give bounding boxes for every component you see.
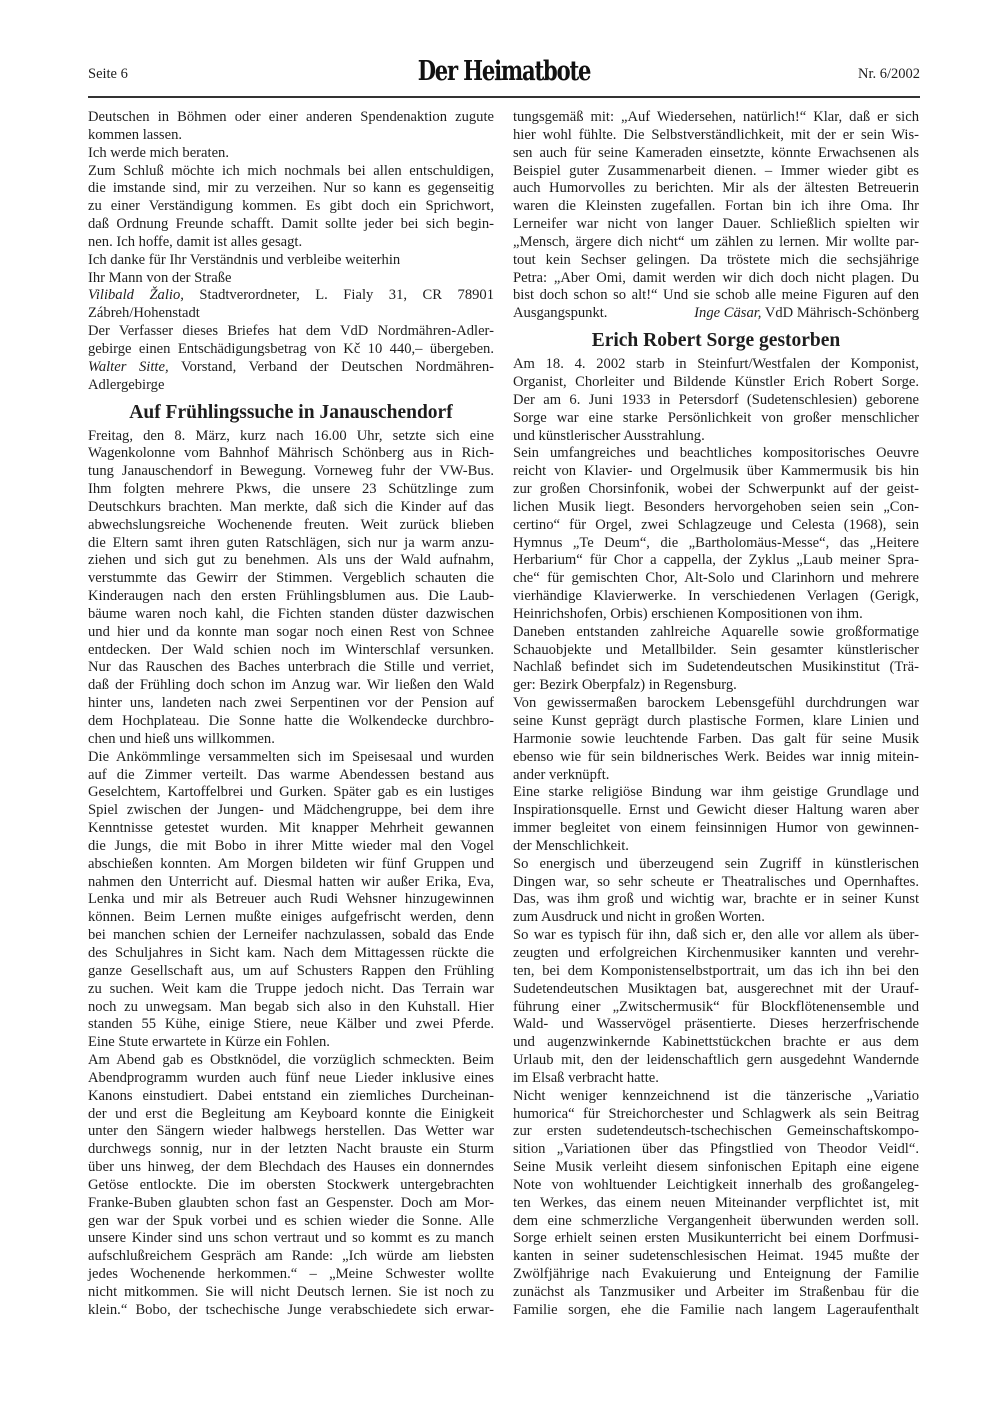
text-line: Heinrichshofen, Orbis) erschienen Kompos… xyxy=(513,606,919,624)
text-line: abschießen konnten. Am Morgen bildeten w… xyxy=(88,856,494,874)
text-line: zunächst als Tanzmusiker und Arbeiter im… xyxy=(513,1284,919,1302)
text-line: der Menschlichkeit. xyxy=(513,838,919,856)
text-line: des Schuljahres in Sicht kam. Nach dem M… xyxy=(88,945,494,963)
text-line: Getöse entlockte. Die im obersten Stockw… xyxy=(88,1177,494,1195)
text-line: nen. Ich hoffe, damit ist alles gesagt. xyxy=(88,234,494,252)
text-line: hier wohl fühlte. Die Selbstverständlich… xyxy=(513,127,919,145)
text-line: über uns hinweg, der dem Blechdach des H… xyxy=(88,1159,494,1177)
article-signature-line: Ausgangspunkt. Inge Cäsar, VdD Mährisch-… xyxy=(513,305,919,323)
text-line: die Jungs, die mit Bobo in ihrer Mitte w… xyxy=(88,838,494,856)
editor-note: Der Verfasser dieses Briefes hat dem VdD… xyxy=(88,323,494,394)
text-line: zeugten und erfolgreichen Kirchenmusiker… xyxy=(513,945,919,963)
text-line: certino“ für Orgel, zwei Schlagzeuge und… xyxy=(513,517,919,535)
obituary-body: Am 18. 4. 2002 starb in Steinfurt/Westfa… xyxy=(513,356,919,1320)
text-line: waren die Kleinsten zugefallen. Fortan b… xyxy=(513,198,919,216)
text-line: aufschlußreichem Gespräch am Rande: „Ich… xyxy=(88,1248,494,1266)
text-line: che“ für gemischten Chor, Alt-Solo und C… xyxy=(513,570,919,588)
left-column: Deutschen in Böhmen oder einer anderen S… xyxy=(88,109,494,1320)
page-number: Seite 6 xyxy=(88,66,128,83)
text-line: zur ersten sudetendeutsch-tschechischen … xyxy=(513,1123,919,1141)
text-line: Am Abend gab es Obstknödel, die vorzügli… xyxy=(88,1052,494,1070)
text-line: Zum Schluß möchte ich mich nochmals bei … xyxy=(88,163,494,181)
text-line: Von gewissermaßen barockem Lebensgefühl … xyxy=(513,695,919,713)
text-line: Ausgangspunkt. xyxy=(513,305,607,323)
article-continuation: tungsgemäß mit: „Auf Wiedersehen, natürl… xyxy=(513,109,919,323)
text-line: Lenka und mir als Betreuer auch Rudi Weh… xyxy=(88,891,494,909)
text-line: ten, bei dem Komponistenselbstportrait, … xyxy=(513,963,919,981)
text-line: bäume waren noch kahl, die Fichten stand… xyxy=(88,606,494,624)
text-line: Lerneifer war nicht von langer Dauer. Sc… xyxy=(513,216,919,234)
text-line: seine Kunst geprägt durch plastische For… xyxy=(513,713,919,731)
text-line: Adlergebirge xyxy=(88,377,494,395)
text-line: können. Beim Lernen mußte einiges aufgef… xyxy=(88,909,494,927)
text-line: im Elsaß verbracht hatte. xyxy=(513,1070,919,1088)
text-line: ten Werkes, das einem neuen Miteinander … xyxy=(513,1195,919,1213)
text-line: Sudetendeutschen Musiktagen bat, ausgere… xyxy=(513,981,919,999)
text-line: immer begleitet von einem feinsinnigen H… xyxy=(513,820,919,838)
article-headline: Auf Frühlingssuche in Janauschendorf xyxy=(88,395,494,428)
author-org: VdD Mährisch-Schönberg xyxy=(761,305,919,321)
text-line: Die Ankömmlinge versammelten sich im Spe… xyxy=(88,749,494,767)
text-line: So energisch und überzeugend sein Zugrif… xyxy=(513,856,919,874)
text-line: die imstande sind, mir zu verzeihen. Nur… xyxy=(88,180,494,198)
text-line: bist doch schon so alt!“ Und sie schob a… xyxy=(513,287,919,305)
text-line: vierhändige Klavierwerke. In verschieden… xyxy=(513,588,919,606)
masthead-logo: Der Heimatbote xyxy=(418,56,591,87)
text-line: gen war der Spuk vorbei und es schien wi… xyxy=(88,1213,494,1231)
text-line: Abendprogramm wurden auch fünf neue Lied… xyxy=(88,1070,494,1088)
text-line: ganze Gesellschaft aus, um auf Schusters… xyxy=(88,963,494,981)
right-column: tungsgemäß mit: „Auf Wiedersehen, natürl… xyxy=(513,109,919,1320)
text-line: daß Ordnung Freunde schafft. Damit sollt… xyxy=(88,216,494,234)
article-body: Freitag, den 8. März, kurz nach 16.00 Uh… xyxy=(88,428,494,1320)
text-line: unter den Sängern wieder halbwegs herste… xyxy=(88,1123,494,1141)
text-line: ziehen und sich gut zu benehmen. Als uns… xyxy=(88,552,494,570)
text-line: „Mensch, ärgere dich nicht“ um zählen zu… xyxy=(513,234,919,252)
text-line: Ihr Mann von der Straße xyxy=(88,270,494,288)
text-line: Schauobjekte und Metallbilder. Sein gesa… xyxy=(513,642,919,660)
text-line: klein.“ Bobo, der tschechische Junge ver… xyxy=(88,1302,494,1320)
text-line: nahmen den Unterricht auf. Diesmal hatte… xyxy=(88,874,494,892)
text-line: Deutschen in Böhmen oder einer anderen S… xyxy=(88,109,494,127)
text-line: Beispiel guter Zusammenarbeit dienen. – … xyxy=(513,163,919,181)
text-line: Das, was ihm groß und wichtig war, brach… xyxy=(513,891,919,909)
text-line: auch Humorvolles zu berichten. Mir als d… xyxy=(513,180,919,198)
page-header: Seite 6 Der Heimatbote Nr. 6/2002 xyxy=(88,58,920,94)
text-line: Zwölfjährige nach Evakuierung und Enteig… xyxy=(513,1266,919,1284)
text-line: Der Verfasser dieses Briefes hat dem VdD… xyxy=(88,323,494,341)
editor-details: Vorstand, Verband der Deutschen Nordmähr… xyxy=(169,359,494,375)
text-line: zu einer Verständigung kommen. Es gibt d… xyxy=(88,198,494,216)
text-line: Wagenkolonne vom Bahnhof Mährisch Schönb… xyxy=(88,445,494,463)
text-line: kanten in seiner sudetenschlesischen Hei… xyxy=(513,1248,919,1266)
author-location: Zábreh/Hohenstadt xyxy=(88,305,494,323)
text-line: zum Ausdruck und nicht in großen Worten. xyxy=(513,909,919,927)
text-line: Eine Stute erwartete in Kürze ein Fohlen… xyxy=(88,1034,494,1052)
text-line: Note von wohltuender Leichtigkeit innerh… xyxy=(513,1177,919,1195)
text-line: Hymnus „Te Deum“, die „Bartholomäus-Mess… xyxy=(513,535,919,553)
text-line: Urlaub mit, den der leidenschaftlich ger… xyxy=(513,1052,919,1070)
text-line: reicht von Klavier- und Orgelmusik über … xyxy=(513,463,919,481)
issue-number: Nr. 6/2002 xyxy=(858,66,920,83)
text-line: Ich werde mich beraten. xyxy=(88,145,494,163)
text-line: abwechslungsreiche Wochenende freuten. W… xyxy=(88,517,494,535)
text-line: verstummte das Gewirr der Stimmen. Verge… xyxy=(88,570,494,588)
text-line: Dingen war, so sehr scheute er Theatrali… xyxy=(513,874,919,892)
text-line: Spiel zwischen der Jungen- und Mädchengr… xyxy=(88,802,494,820)
text-line: Seine Musik verleiht diesem sinfonischen… xyxy=(513,1159,919,1177)
text-line: Eine starke religiöse Bindung war ihm ge… xyxy=(513,784,919,802)
text-line: auf die Zimmer verteilt. Das warme Abend… xyxy=(88,767,494,785)
text-line: Ihm folgten mehrere Pkws, die unsere 23 … xyxy=(88,481,494,499)
letter-continuation: Deutschen in Böhmen oder einer anderen S… xyxy=(88,109,494,287)
text-line: So war es typisch für ihn, daß sich er, … xyxy=(513,927,919,945)
text-line: gebirge einen Entschädigungsbetrag von K… xyxy=(88,341,494,359)
text-line: Am 18. 4. 2002 starb in Steinfurt/Westfa… xyxy=(513,356,919,374)
text-line: tungsgemäß mit: „Auf Wiedersehen, natürl… xyxy=(513,109,919,127)
text-line: die Eltern samt ihren guten Ratschlägen,… xyxy=(88,535,494,553)
text-line: Der am 6. Juni 1933 in Petersdorf (Sudet… xyxy=(513,392,919,410)
text-line: Sorge erhielt seinen ersten Musikunterri… xyxy=(513,1230,919,1248)
text-line: Nachlaß befindet sich im Sudetendeutsche… xyxy=(513,659,919,677)
text-line: Sein umfangreiches und beachtliches komp… xyxy=(513,445,919,463)
text-line: Nicht weniger kennzeichnend ist die tänz… xyxy=(513,1088,919,1106)
text-line: ebenso wie für sein bildnerisches Werk. … xyxy=(513,749,919,767)
text-line: Inspirationsquelle. Ernst und Gewicht di… xyxy=(513,802,919,820)
text-line: Familie sorgen, ehe die Familie nach lan… xyxy=(513,1302,919,1320)
text-line: Nur das Rauschen des Baches unterbrach d… xyxy=(88,659,494,677)
author-name: Inge Cäsar, xyxy=(694,305,761,321)
text-line: zu suchen. Weit kam die Truppe jedoch ni… xyxy=(88,981,494,999)
text-line: Herbarium“ für Chor a cappella, der Zykl… xyxy=(513,552,919,570)
text-line: Deutschkurs brachten. Man merkte, daß si… xyxy=(88,499,494,517)
editor-name: Walter Sitte, xyxy=(88,359,169,375)
text-line: standen 55 Kühe, einige Stiere, neue Käl… xyxy=(88,1016,494,1034)
text-line: nicht mitkommen. Sie will nicht Deutsch … xyxy=(88,1284,494,1302)
text-line: sen auch für seine Kameraden einsetzte, … xyxy=(513,145,919,163)
text-line: entdecken. Der Wald schien noch im Winte… xyxy=(88,642,494,660)
text-line: Kanons einstudiert. Dabei entstand ein z… xyxy=(88,1088,494,1106)
text-line: Petra: „Aber Omi, damit werden wir dich … xyxy=(513,270,919,288)
text-line: Harmonie sowie leuchtende Farben. Das ga… xyxy=(513,731,919,749)
text-line: bei manchen schien der Lerneifer nachzul… xyxy=(88,927,494,945)
header-rule xyxy=(88,96,920,98)
text-line: sition „Variationen über das Pfingstlied… xyxy=(513,1141,919,1159)
text-line: dem Hochplateau. Die Sonne hatte die Wol… xyxy=(88,713,494,731)
text-line: Kinderaugen nach den ersten Frühlingsblu… xyxy=(88,588,494,606)
text-line: führung einer „Zwitschermusik“ für Block… xyxy=(513,999,919,1017)
text-line: Franke-Buben glaubten schon fast an Gesp… xyxy=(88,1195,494,1213)
author-name: Vilibald Žalio, xyxy=(88,287,184,303)
text-line: Freitag, den 8. März, kurz nach 16.00 Uh… xyxy=(88,428,494,446)
text-line: und augenzwinkernde Kabinettstückchen br… xyxy=(513,1034,919,1052)
text-line: tung Janauschendorf in Bewegung. Vornewe… xyxy=(88,463,494,481)
text-line: chen und hieß uns willkommen. xyxy=(88,731,494,749)
text-line: lichen Musik liegt. Besonders hervorgeho… xyxy=(513,499,919,517)
text-line: unsere Kinder sind uns schon vertraut un… xyxy=(88,1230,494,1248)
letter-signature: Vilibald Žalio, Stadtverordneter, L. Fia… xyxy=(88,287,494,323)
text-line: Sorge war eine starke Persönlichkeit von… xyxy=(513,410,919,428)
text-line: Ich danke für Ihr Verständnis und verble… xyxy=(88,252,494,270)
text-line: jedes Wochenende herkommen.“ – „Meine Sc… xyxy=(88,1266,494,1284)
text-line: ger: Bezirk Oberpfalz) in Regensburg. xyxy=(513,677,919,695)
text-line: Geselchtem, Kartoffelbrei und Gurken. Sp… xyxy=(88,784,494,802)
text-line: Organist, Chorleiter und Bildende Künstl… xyxy=(513,374,919,392)
text-line: der und erst die Begleitung am Keyboard … xyxy=(88,1106,494,1124)
text-line: kommen lassen. xyxy=(88,127,494,145)
text-line: Wald- und Wasservögel präsentierte. Dies… xyxy=(513,1016,919,1034)
text-line: noch zu unwegsam. Man begab sich also in… xyxy=(88,999,494,1017)
author-details: Stadtverordneter, L. Fialy 31, CR 78901 xyxy=(184,287,494,303)
text-line: daß der Frühling doch schon im Anzug war… xyxy=(88,677,494,695)
text-line: humorica“ für Streichorchester und Schla… xyxy=(513,1106,919,1124)
text-line: durchwegs sonnig, nur in der letzten Nac… xyxy=(88,1141,494,1159)
text-line: dem eine schmerzliche Vergangenheit über… xyxy=(513,1213,919,1231)
text-line: tout kein Sechser gelingen. Da tröstete … xyxy=(513,252,919,270)
text-line: Kenntnisse getestet wurden. Mit knapper … xyxy=(88,820,494,838)
text-line: zur großen Chorsinfonik, wobei der Schwe… xyxy=(513,481,919,499)
text-line: ander verknüpft. xyxy=(513,767,919,785)
article-author: Inge Cäsar, VdD Mährisch-Schönberg xyxy=(694,305,919,323)
text-line: und künstlerischer Ausstrahlung. xyxy=(513,428,919,446)
obituary-headline: Erich Robert Sorge gestorben xyxy=(513,323,919,356)
text-line: hinter uns, landeten nach zwei Serpentin… xyxy=(88,695,494,713)
text-line: und hier und da konnte man sogar noch ei… xyxy=(88,624,494,642)
text-line: Daneben entstanden zahlreiche Aquarelle … xyxy=(513,624,919,642)
